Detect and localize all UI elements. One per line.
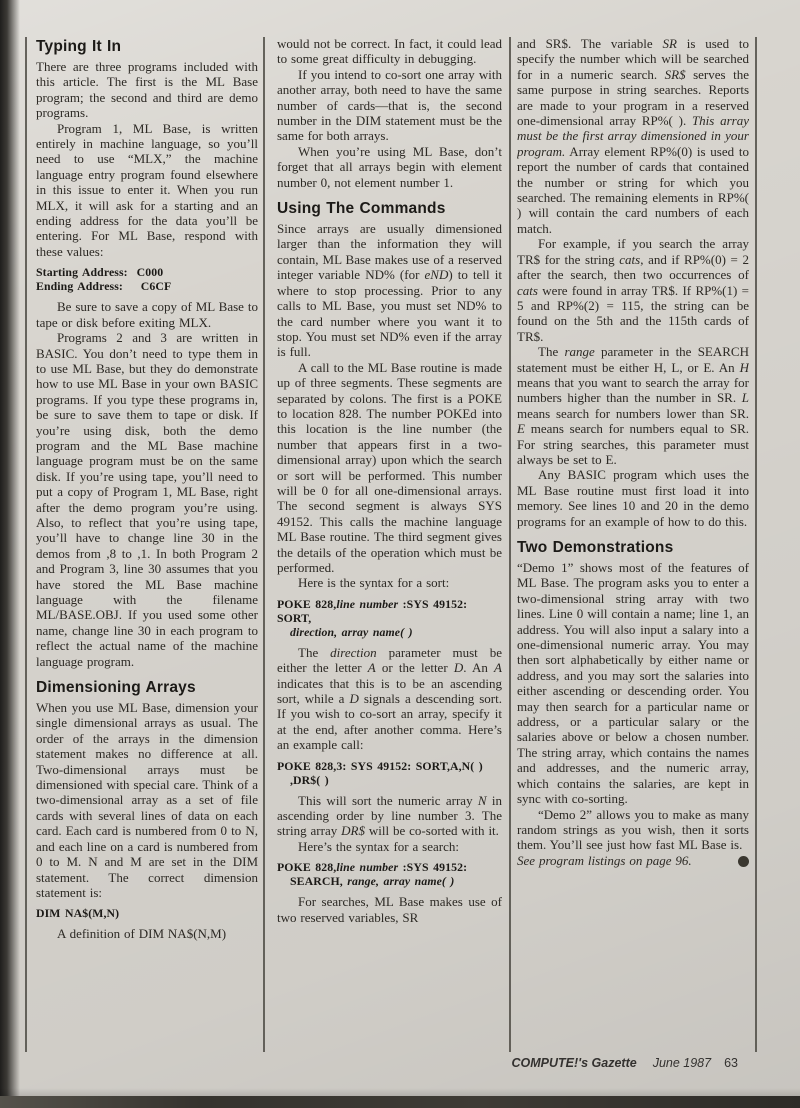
text-run: ,DR$( ) <box>290 773 329 787</box>
paragraph: For example, if you search the array TR$… <box>517 236 749 344</box>
column-rule-2-3 <box>509 37 511 1052</box>
italic-run: L <box>742 390 749 405</box>
text-run: The <box>298 645 330 660</box>
text-run: POKE 828,3: SYS 49152: SORT,A,N( ) <box>277 759 483 773</box>
text-run: and SR$. The variable <box>517 36 663 51</box>
italic-run: D <box>454 660 463 675</box>
text-run: means that you want to search the array … <box>517 375 749 405</box>
text-run: Any BASIC program which uses the ML Base… <box>517 467 749 528</box>
text-run: Here is the syntax for a sort: <box>298 575 449 590</box>
paragraph: Be sure to save a copy of ML Base to tap… <box>36 299 258 330</box>
issue-date: June 1987 <box>653 1056 711 1070</box>
magazine-name: COMPUTE!'s Gazette <box>511 1056 636 1070</box>
italic-run: line number <box>336 597 398 611</box>
text-run: means search for numbers lower than SR. <box>517 406 749 421</box>
text-run: “Demo 2” allows you to make as many rand… <box>517 807 749 853</box>
code-line: ,DR$( ) <box>277 773 502 787</box>
section-heading: Two Demonstrations <box>517 538 749 557</box>
italic-run: A <box>368 660 376 675</box>
listings-note: See program listings on page 96. <box>517 853 749 868</box>
text-run: When you use ML Base, dimension your sin… <box>36 700 258 900</box>
code-block: DIM NA$(M,N) <box>36 906 258 920</box>
paragraph: A definition of DIM NA$(N,M) <box>36 926 258 941</box>
paragraph: and SR$. The variable SR is used to spec… <box>517 36 749 236</box>
code-block: Starting Address: C000Ending Address: C6… <box>36 265 258 293</box>
text-run: would not be correct. In fact, it could … <box>277 36 502 66</box>
text-run: Starting Address: C000 <box>36 265 163 279</box>
italic-run: line number <box>336 860 398 874</box>
text-run: This will sort the numeric array <box>298 793 478 808</box>
code-line: POKE 828,line number :SYS 49152: <box>277 860 502 874</box>
column-rule-1-2 <box>263 37 265 1052</box>
code-line: direction, array name( ) <box>277 625 502 639</box>
text-run: The <box>538 344 564 359</box>
paragraph: “Demo 2” allows you to make as many rand… <box>517 807 749 853</box>
text-run: or the letter <box>376 660 454 675</box>
section-heading: Typing It In <box>36 37 258 56</box>
text-run: Program 1, ML Base, is written entirely … <box>36 121 258 259</box>
text-run: means search for numbers equal to SR. Fo… <box>517 421 749 467</box>
italic-run: A <box>494 660 502 675</box>
paragraph: “Demo 1” shows most of the features of M… <box>517 560 749 807</box>
italic-run: direction <box>330 645 376 660</box>
text-run: were found in array TR$. If RP%(1) = 5 a… <box>517 283 749 344</box>
paragraph: Since arrays are usually dimensioned lar… <box>277 221 502 360</box>
scan-bottom-shadow <box>0 1088 800 1096</box>
text-run: DIM NA$(M,N) <box>36 906 119 920</box>
text-run: :SYS 49152: <box>398 860 467 874</box>
italic-run: range <box>564 344 594 359</box>
italic-run: E <box>517 421 525 436</box>
text-run: If you intend to co-sort one array with … <box>277 67 502 144</box>
italic-run: N <box>478 793 487 808</box>
text-run: will be co-sorted with it. <box>365 823 499 838</box>
end-of-article-icon <box>738 856 749 867</box>
code-line: POKE 828,line number :SYS 49152: SORT, <box>277 597 502 625</box>
italic-run: DR$ <box>341 823 365 838</box>
italic-run: See program listings on page 96. <box>517 853 692 868</box>
italic-run: range, array name( ) <box>347 874 454 888</box>
italic-run: D <box>349 691 358 706</box>
italic-run: H <box>740 360 749 375</box>
text-run: Here’s the syntax for a search: <box>298 839 459 854</box>
code-line: DIM NA$(M,N) <box>36 906 258 920</box>
paragraph: If you intend to co-sort one array with … <box>277 67 502 144</box>
article-column-2: would not be correct. In fact, it could … <box>277 36 502 1056</box>
paragraph: Here is the syntax for a sort: <box>277 575 502 590</box>
section-heading: Dimensioning Arrays <box>36 678 258 697</box>
paragraph: A call to the ML Base routine is made up… <box>277 360 502 576</box>
code-line: Ending Address: C6CF <box>36 279 258 293</box>
magazine-page: { "theme":{"page-bg":"#d8d5cf","ink":"#2… <box>0 0 800 1108</box>
text-run: Be sure to save a copy of ML Base to tap… <box>36 299 258 329</box>
article-column-3: and SR$. The variable SR is used to spec… <box>517 36 749 1056</box>
page-number: 63 <box>724 1056 738 1070</box>
code-block: POKE 828,line number :SYS 49152: SORT,di… <box>277 597 502 639</box>
paragraph: When you use ML Base, dimension your sin… <box>36 700 258 900</box>
italic-run: cats <box>517 283 538 298</box>
code-line: Starting Address: C000 <box>36 265 258 279</box>
text-run: “Demo 1” shows most of the features of M… <box>517 560 749 806</box>
paragraph: There are three programs included with t… <box>36 59 258 121</box>
scan-edge-shadow <box>0 0 20 1108</box>
paragraph: When you’re using ML Base, don’t forget … <box>277 144 502 190</box>
paragraph: Program 1, ML Base, is written entirely … <box>36 121 258 260</box>
italic-run: SR <box>663 36 677 51</box>
text-run: Ending Address: C6CF <box>36 279 171 293</box>
paragraph: For searches, ML Base makes use of two r… <box>277 894 502 925</box>
page-footer: COMPUTE!'s GazetteJune 198763 <box>511 1056 738 1070</box>
code-block: POKE 828,line number :SYS 49152:SEARCH, … <box>277 860 502 888</box>
column-rule-left <box>25 37 27 1052</box>
code-line: POKE 828,3: SYS 49152: SORT,A,N( ) <box>277 759 502 773</box>
italic-run: SR$ <box>665 67 686 82</box>
section-heading: Using The Commands <box>277 199 502 218</box>
article-column-1: Typing It InThere are three programs inc… <box>36 36 258 1056</box>
code-line: SEARCH, range, array name( ) <box>277 874 502 888</box>
text-run: A definition of DIM NA$(N,M) <box>57 926 226 941</box>
code-block: POKE 828,3: SYS 49152: SORT,A,N( ),DR$( … <box>277 759 502 787</box>
paragraph: The direction parameter must be either t… <box>277 645 502 753</box>
paragraph: The range parameter in the SEARCH statem… <box>517 344 749 467</box>
text-run: . An <box>463 660 494 675</box>
paragraph: This will sort the numeric array N in as… <box>277 793 502 839</box>
scan-bottom-bar <box>0 1096 800 1108</box>
column-rule-right <box>755 37 757 1052</box>
paragraph: Any BASIC program which uses the ML Base… <box>517 467 749 529</box>
text-run: Programs 2 and 3 are written in BASIC. Y… <box>36 330 258 669</box>
italic-run: direction, array name( ) <box>290 625 413 639</box>
text-run: POKE 828, <box>277 597 336 611</box>
text-run: POKE 828, <box>277 860 336 874</box>
paragraph: Programs 2 and 3 are written in BASIC. Y… <box>36 330 258 669</box>
text-run: When you’re using ML Base, don’t forget … <box>277 144 502 190</box>
italic-run: eND <box>425 267 449 282</box>
text-run: A call to the ML Base routine is made up… <box>277 360 502 575</box>
paragraph: would not be correct. In fact, it could … <box>277 36 502 67</box>
text-run: There are three programs included with t… <box>36 59 258 120</box>
italic-run: cats <box>619 252 640 267</box>
text-run: For searches, ML Base makes use of two r… <box>277 894 502 924</box>
paragraph: Here’s the syntax for a search: <box>277 839 502 854</box>
text-run: SEARCH, <box>290 874 347 888</box>
